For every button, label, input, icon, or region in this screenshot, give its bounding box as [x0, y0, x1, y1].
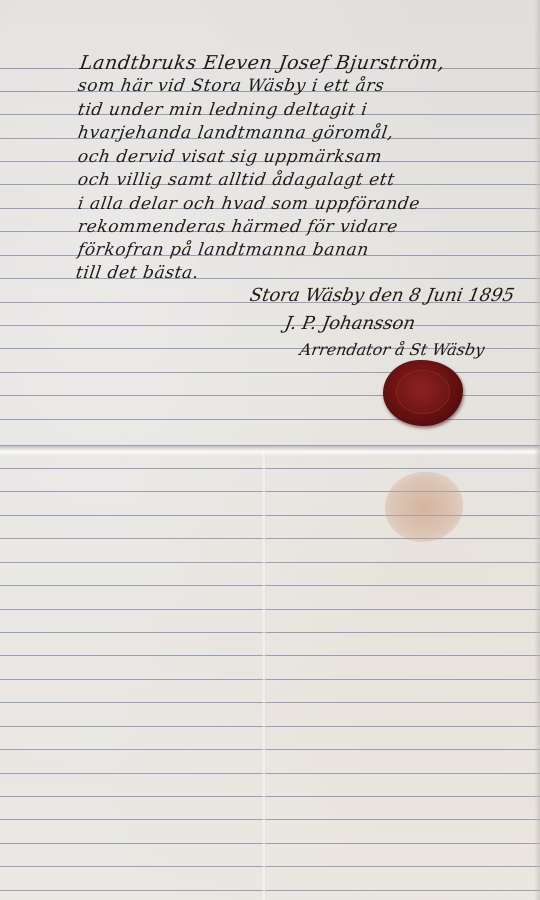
ruled-line	[0, 632, 540, 633]
ruled-line	[0, 585, 540, 586]
seal-impression	[396, 370, 450, 414]
place-and-date: Stora Wäsby den 8 Juni 1895	[248, 285, 516, 306]
body-line: i alla delar och hvad som uppförande	[77, 194, 422, 214]
ruled-line	[0, 890, 540, 891]
vertical-fold-crease	[262, 450, 266, 900]
body-line: tid under min ledning deltagit i	[77, 100, 369, 120]
signer-title: Arrendator å St Wäsby	[298, 340, 486, 359]
ruled-line	[0, 538, 540, 539]
brown-stain	[385, 472, 463, 542]
ruled-line	[0, 679, 540, 680]
ruled-line	[0, 726, 540, 727]
ruled-line	[0, 609, 540, 610]
signature: J. P. Johansson	[283, 313, 417, 334]
ruled-line	[0, 372, 540, 373]
body-line: Landtbruks Eleven Josef Bjurström,	[78, 52, 446, 74]
ruled-line	[0, 562, 540, 563]
ruled-line	[0, 843, 540, 844]
body-line: förkofran på landtmanna banan	[77, 240, 371, 260]
ruled-line	[0, 468, 540, 469]
body-line: hvarjehanda landtmanna göromål,	[77, 123, 396, 143]
body-line: som här vid Stora Wäsby i ett års	[77, 76, 386, 96]
body-line: och villig samt alltid ådagalagt ett	[77, 170, 397, 190]
horizontal-fold-crease	[0, 446, 540, 456]
ruled-line	[0, 866, 540, 867]
letter-page: Landtbruks Eleven Josef Bjurström, som h…	[0, 0, 540, 900]
ruled-line	[0, 773, 540, 774]
ruled-line	[0, 419, 540, 420]
ruled-line	[0, 796, 540, 797]
ruled-line	[0, 702, 540, 703]
body-line: och dervid visat sig uppmärksam	[77, 147, 384, 167]
wax-seal-icon	[383, 360, 463, 426]
body-line: till det bästa.	[75, 263, 201, 283]
body-line: rekommenderas härmed för vidare	[77, 217, 400, 237]
ruled-line	[0, 655, 540, 656]
paper-edge	[534, 0, 540, 900]
ruled-line	[0, 749, 540, 750]
ruled-line	[0, 325, 540, 326]
ruled-line	[0, 819, 540, 820]
